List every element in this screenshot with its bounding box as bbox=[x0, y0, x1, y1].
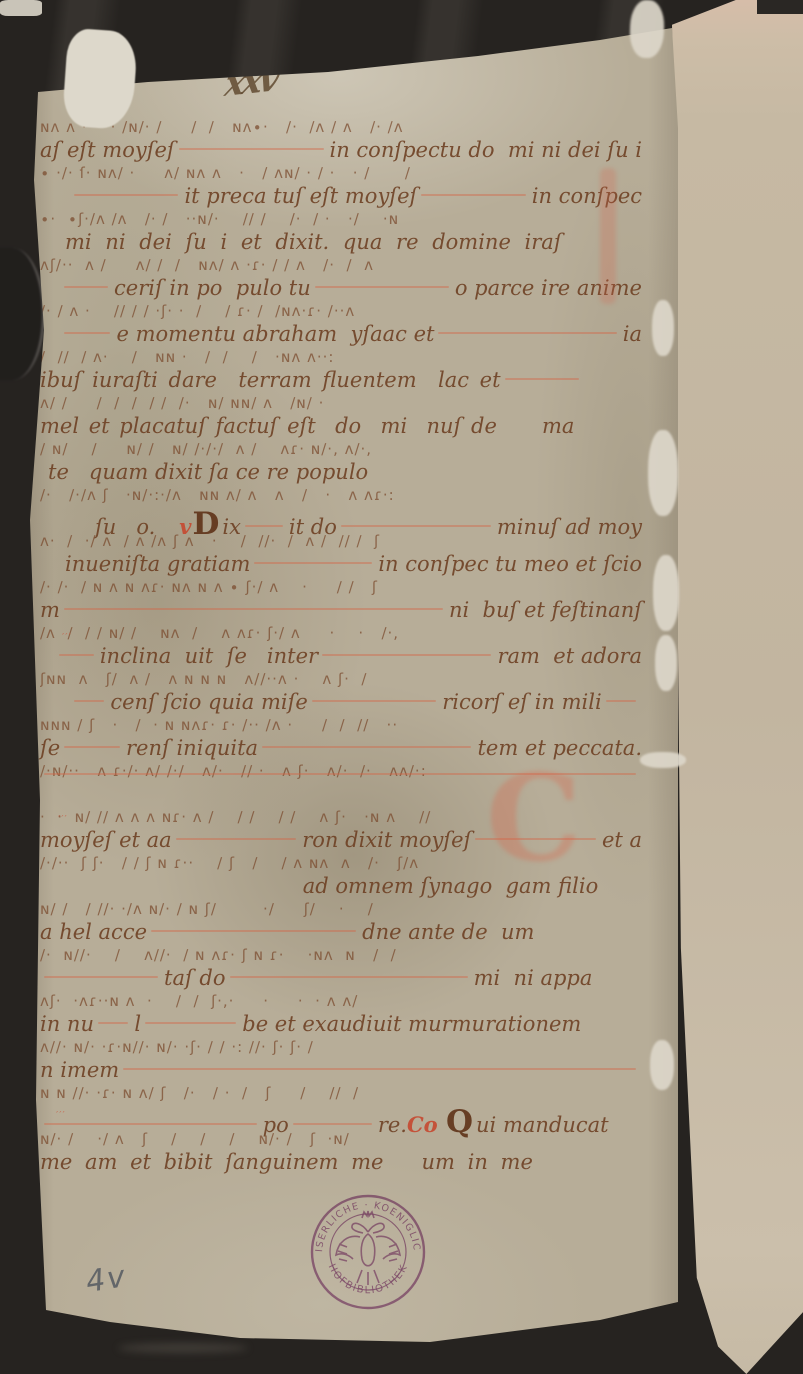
faded-red-initial: C bbox=[486, 748, 582, 889]
chant-text: m bbox=[40, 598, 60, 622]
neume-row: ∕· ∕· ∕ ɴ ʌ ɴ ʌɾ· ɴʌ ɴ ʌ ∙ ʃ·∕ ʌ · ∕ ∕ ʃ bbox=[40, 578, 642, 598]
neume-row: ∙ ·∕· ſ· ɴʌ∕ · ʌ∕ ɴʌ ʌ · ∕ ʌɴ∕ · ∕ · · ∕… bbox=[40, 164, 642, 184]
text-row: n imem bbox=[40, 1058, 642, 1084]
chant-line: ʃɴɴ ʌ ʃ∕ ʌ ∕ ʌ ɴ ɴ ɴ ʌ∕∕··ʌ · ʌ ʃ· ∕cenſ… bbox=[40, 670, 642, 716]
manuscript-page: xxv ɴʌ ʌ · · ∕ɴ∕· ∕ ∕ ∕ ɴʌ∙· ∕· ∕ʌ ∕ ʌ ∕… bbox=[28, 22, 678, 1344]
chant-line: ɴʌ ʌ · · ∕ɴ∕· ∕ ∕ ∕ ɴʌ∙· ∕· ∕ʌ ∕ ʌ ∕· ∕ʌ… bbox=[40, 118, 642, 164]
neume-row: ɴɴɴ ∕ ʃ · ∕ · ɴ ɴʌɾ· ɾ· ∕·· ∕ʌ · ∕ ∕ ∕∕ … bbox=[40, 716, 642, 736]
text-row: e momentu abraham yſaac etia bbox=[60, 322, 642, 348]
neume-row: ɴʌ ʌ · · ∕ɴ∕· ∕ ∕ ∕ ɴʌ∙· ∕· ∕ʌ ∕ ʌ ∕· ∕ʌ bbox=[40, 118, 642, 138]
text-row: inueniſta gratiamin conſpec tu meo et ſc… bbox=[65, 552, 642, 578]
initial-letter: Q bbox=[446, 1104, 473, 1140]
neume-row: ʌʃ· ·ʌɾ··ɴ ʌ · ∕ ∕ ʃ·,· · · · ʌ ʌ∕ bbox=[40, 992, 642, 1012]
chant-text: mi ni appa bbox=[474, 966, 593, 990]
folio-number-pencil: 4v bbox=[84, 1259, 130, 1300]
neume-row: ʌ∕ ∕ ∕ ∕ ∕ ∕ ∕ ∕· ɴ∕ ɴɴ∕ ʌ ∕ɴ∕ · bbox=[40, 394, 642, 414]
red-tick-marks: ′′′ bbox=[56, 1110, 66, 1121]
text-row: aſ eſt moyſeſin conſpectu do mi ni dei ſ… bbox=[40, 138, 642, 164]
repair-patch bbox=[648, 430, 678, 516]
chant-line: ʌʃ· ·ʌɾ··ɴ ʌ · ∕ ∕ ʃ·,· · · · ʌ ʌ∕in nul… bbox=[40, 992, 642, 1038]
page-clamp bbox=[0, 248, 45, 380]
chant-text: ma bbox=[542, 414, 574, 438]
chant-line: ∕· ∕ ʌ · ∕∕ ∕ ∕ ·ʃ· · ∕ ∕ ɾ· ∕ ∕ɴʌ·ɾ· ∕·… bbox=[40, 302, 642, 348]
chant-line: ʌ∕∕· ɴ∕· ·ɾ·ɴ∕∕· ɴ∕· ·ʃ· ∕ ∕ ·: ∕∕· ʃ· ʃ… bbox=[40, 1038, 642, 1084]
chant-text: ram et adora bbox=[497, 644, 642, 668]
chant-text: minuſ ad moy bbox=[497, 515, 642, 539]
chant-text: it preca tuſ eſt moyſeſ bbox=[184, 184, 417, 208]
chant-text: mi ni dei ſu i et dixit. qua re domine i… bbox=[65, 230, 562, 254]
neume-row: ʃɴɴ ʌ ʃ∕ ʌ ∕ ʌ ɴ ɴ ɴ ʌ∕∕··ʌ · ʌ ʃ· ∕ bbox=[40, 670, 642, 690]
text-row: mel et placatuſ factuſ eſt do mi nuſ dem… bbox=[40, 414, 642, 440]
text-row: ceriſ in po pulo tuo parce ire anime bbox=[60, 276, 642, 302]
chant-text: aſ eſt moyſeſ bbox=[40, 138, 175, 162]
repair-patch bbox=[652, 300, 674, 356]
repair-patch bbox=[640, 752, 686, 768]
chant-text: re. bbox=[378, 1113, 407, 1137]
chant-line: ∙ ·∕· ſ· ɴʌ∕ · ʌ∕ ɴʌ ʌ · ∕ ʌɴ∕ · ∕ · · ∕… bbox=[40, 164, 642, 210]
text-row: a hel accedne ante de um bbox=[40, 920, 642, 946]
faded-red-margin-initial bbox=[600, 168, 616, 304]
chant-text: be et exaudiuit murmurationem bbox=[242, 1012, 581, 1036]
chant-line: ∕ʌ ∕ ∕ ∕ ɴ∕ ∕ ɴʌ ∕ ʌ ʌɾ· ʃ·∕ ʌ · · ∕·,in… bbox=[40, 624, 642, 670]
chant-line: ∕· ∕·∕ʌ ʃ ·ɴ∕·:·∕ʌ ɴɴ ʌ∕ ʌ ʌ ∕ · ʌ ʌɾ·:ſ… bbox=[40, 486, 642, 532]
repair-patch bbox=[655, 635, 677, 691]
text-row: cenſ ſcio quia miſericorſ eſ in mili bbox=[70, 690, 642, 716]
rubric-text: Co bbox=[407, 1112, 445, 1137]
text-row: ibuſ iuraſti dare terram fluentem lac et bbox=[40, 368, 642, 394]
chant-text: moyſeſ et aa bbox=[40, 828, 172, 852]
chant-text: inclina uit ſe inter bbox=[100, 644, 318, 668]
repair-patch bbox=[0, 0, 42, 16]
neume-row: ∕· ɴ∕∕· ∕ ʌ∕∕· ∕ ɴ ʌɾ· ʃ ɴ ɾ· ·ɴʌ ɴ ∕ ∕ bbox=[40, 946, 642, 966]
chant-text: n imem bbox=[40, 1058, 119, 1082]
neume-row: ʌ∕∕· ɴ∕· ·ɾ·ɴ∕∕· ɴ∕· ·ʃ· ∕ ∕ ·: ∕∕· ʃ· ʃ… bbox=[40, 1038, 642, 1058]
chant-text: in nu bbox=[40, 1012, 94, 1036]
neume-row: ʌʃ∕·· ʌ ∕ ʌ∕ ∕ ∕ ɴʌ∕ ʌ ·ɾ· ∕ ∕ ʌ ∕· ∕ ʌ bbox=[40, 256, 642, 276]
neume-row: ∕· ∕·∕ʌ ʃ ·ɴ∕·:·∕ʌ ɴɴ ʌ∕ ʌ ʌ ∕ · ʌ ʌɾ·: bbox=[40, 486, 642, 506]
chant-line: ∕· ∕· ∕ ɴ ʌ ɴ ʌɾ· ɴʌ ɴ ʌ ∙ ʃ·∕ ʌ · ∕ ∕ ʃ… bbox=[40, 578, 642, 624]
chant-text: a hel acce bbox=[40, 920, 147, 944]
neume-row: ɴ ɴ ∕∕· ·ɾ· ɴ ʌ∕ ʃ ∕· ∕ · ∕ ʃ ∕ ∕∕ ∕ bbox=[40, 1084, 642, 1104]
background-streak bbox=[118, 1343, 248, 1353]
neume-row: ɴ∕ ∕ ∕ ∕∕· ·∕ʌ ɴ∕· ∕ ɴ ʃ∕ ·∕ ʃ∕ · ∕ bbox=[40, 900, 642, 920]
text-row: mi ni dei ſu i et dixit. qua re domine i… bbox=[65, 230, 642, 256]
repair-patch bbox=[653, 555, 679, 631]
chant-text: ibuſ iuraſti dare terram fluentem lac et bbox=[40, 368, 501, 392]
chant-text: me am et bibit ſanguinem me um in me bbox=[40, 1150, 533, 1174]
repair-patch bbox=[650, 1040, 674, 1090]
text-row: pore.Co Qui manducat bbox=[40, 1104, 642, 1130]
chant-text: et a bbox=[602, 828, 642, 852]
neume-row: ∕· ∕ ʌ · ∕∕ ∕ ∕ ·ʃ· · ∕ ∕ ɾ· ∕ ∕ɴʌ·ɾ· ∕·… bbox=[40, 302, 642, 322]
chant-text: ceriſ in po pulo tu bbox=[114, 276, 311, 300]
chant-text: taſ do bbox=[164, 966, 226, 990]
text-row: in nulbe et exaudiuit murmurationem bbox=[40, 1012, 642, 1038]
chant-line: ʌ∕ ∕ ∕ ∕ ∕ ∕ ∕ ∕· ɴ∕ ɴɴ∕ ʌ ∕ɴ∕ ·mel et p… bbox=[40, 394, 642, 440]
folio-mark-ink: xxv bbox=[222, 59, 279, 105]
chant-text: cenſ ſcio quia miſe bbox=[110, 690, 307, 714]
chant-line: ∕· ɴ∕∕· ∕ ʌ∕∕· ∕ ɴ ʌɾ· ʃ ɴ ɾ· ·ɴʌ ɴ ∕ ∕t… bbox=[40, 946, 642, 992]
chant-line: ɴ ɴ ∕∕· ·ɾ· ɴ ʌ∕ ʃ ∕· ∕ · ∕ ʃ ∕ ∕∕ ∕pore… bbox=[40, 1084, 642, 1130]
chant-text: ron dixit moyſeſ bbox=[302, 828, 471, 852]
chant-text: ni buſ et feſtinanſ bbox=[449, 598, 642, 622]
manuscript-photograph: xxv ɴʌ ʌ · · ∕ɴ∕· ∕ ∕ ∕ ɴʌ∙· ∕· ∕ʌ ∕ ʌ ∕… bbox=[0, 0, 803, 1374]
chant-line: ɴ∕ ∕ ∕ ∕∕· ·∕ʌ ɴ∕· ∕ ɴ ʃ∕ ·∕ ʃ∕ · ∕a hel… bbox=[40, 900, 642, 946]
chant-text: e momentu abraham yſaac et bbox=[116, 322, 434, 346]
chant-line: ∙· ∙ʃ·∕ʌ ∕ʌ ∕· ∕ ··ɴ∕· ∕∕ ∕ ∕· ∕ · ·∕ ·ɴ… bbox=[40, 210, 642, 256]
neume-row: ∕ʌ ∕ ∕ ∕ ɴ∕ ∕ ɴʌ ∕ ʌ ʌɾ· ʃ·∕ ʌ · · ∕·, bbox=[40, 624, 642, 644]
text-row: inclina uit ſe interram et adora bbox=[55, 644, 642, 670]
text-row: me am et bibit ſanguinem me um in me bbox=[40, 1150, 642, 1176]
red-tick-marks: ′′′ bbox=[62, 632, 72, 643]
neume-row: ∕ ∕∕ ∕ ʌ· ∕ ɴɴ · ∕ ∕ ∕ ·ɴʌ ʌ··: bbox=[40, 348, 642, 368]
neume-row: ∙· ∙ʃ·∕ʌ ∕ʌ ∕· ∕ ··ɴ∕· ∕∕ ∕ ∕· ∕ · ·∕ ·ɴ bbox=[40, 210, 642, 230]
text-row: it preca tuſ eſt moyſeſin conſpec bbox=[70, 184, 642, 210]
text-row: mni buſ et feſtinanſ bbox=[40, 598, 642, 624]
double-eagle-icon bbox=[336, 1211, 400, 1285]
chant-line: ʌʃ∕·· ʌ ∕ ʌ∕ ∕ ∕ ɴʌ∕ ʌ ·ɾ· ∕ ∕ ʌ ∕· ∕ ʌc… bbox=[40, 256, 642, 302]
red-tick-marks: ′′′ bbox=[58, 814, 68, 825]
text-row: taſ domi ni appa bbox=[40, 966, 642, 992]
text-row: ſu o.vDixit dominuſ ad moy bbox=[95, 506, 642, 532]
chant-text: ui manducat bbox=[476, 1113, 609, 1137]
chant-text: ricorſ eſ in mili bbox=[442, 690, 602, 714]
chant-text: ſe bbox=[40, 736, 60, 760]
text-row: te quam dixit ſa ce re populo bbox=[48, 460, 642, 486]
chant-text: mel et placatuſ factuſ eſt do mi nuſ de bbox=[40, 414, 497, 438]
chant-text: te quam dixit ſa ce re populo bbox=[48, 460, 368, 484]
chant-text: in conſpec bbox=[532, 184, 642, 208]
chant-line: ∕ ɴ∕ ∕ ɴ∕ ∕ ɴ∕ ∕·∕·∕ ʌ ∕ ʌɾ· ɴ∕·, ʌ∕·,te… bbox=[40, 440, 642, 486]
background-corner bbox=[757, 0, 803, 14]
chant-text: dne ante de um bbox=[362, 920, 534, 944]
chant-text: in conſpec tu meo et ſcio bbox=[378, 552, 642, 576]
chant-text: l bbox=[134, 1012, 141, 1036]
neume-row: ∕ ɴ∕ ∕ ɴ∕ ∕ ɴ∕ ∕·∕·∕ ʌ ∕ ʌɾ· ɴ∕·, ʌ∕·, bbox=[40, 440, 642, 460]
chant-text: ia bbox=[623, 322, 642, 346]
chant-text: inueniſta gratiam bbox=[65, 552, 250, 576]
chant-line: ∕ ∕∕ ∕ ʌ· ∕ ɴɴ · ∕ ∕ ∕ ·ɴʌ ʌ··:ibuſ iura… bbox=[40, 348, 642, 394]
chant-text: renſ iniquita bbox=[126, 736, 258, 760]
library-stamp: KAISERLICHE · KOENIGLICHE HOFBIBLIOTHEK bbox=[308, 1192, 428, 1312]
chant-text-block: ɴʌ ʌ · · ∕ɴ∕· ∕ ∕ ∕ ɴʌ∙· ∕· ∕ʌ ∕ ʌ ∕· ∕ʌ… bbox=[40, 118, 642, 1176]
chant-text: in conſpectu do mi ni dei ſu i bbox=[330, 138, 643, 162]
